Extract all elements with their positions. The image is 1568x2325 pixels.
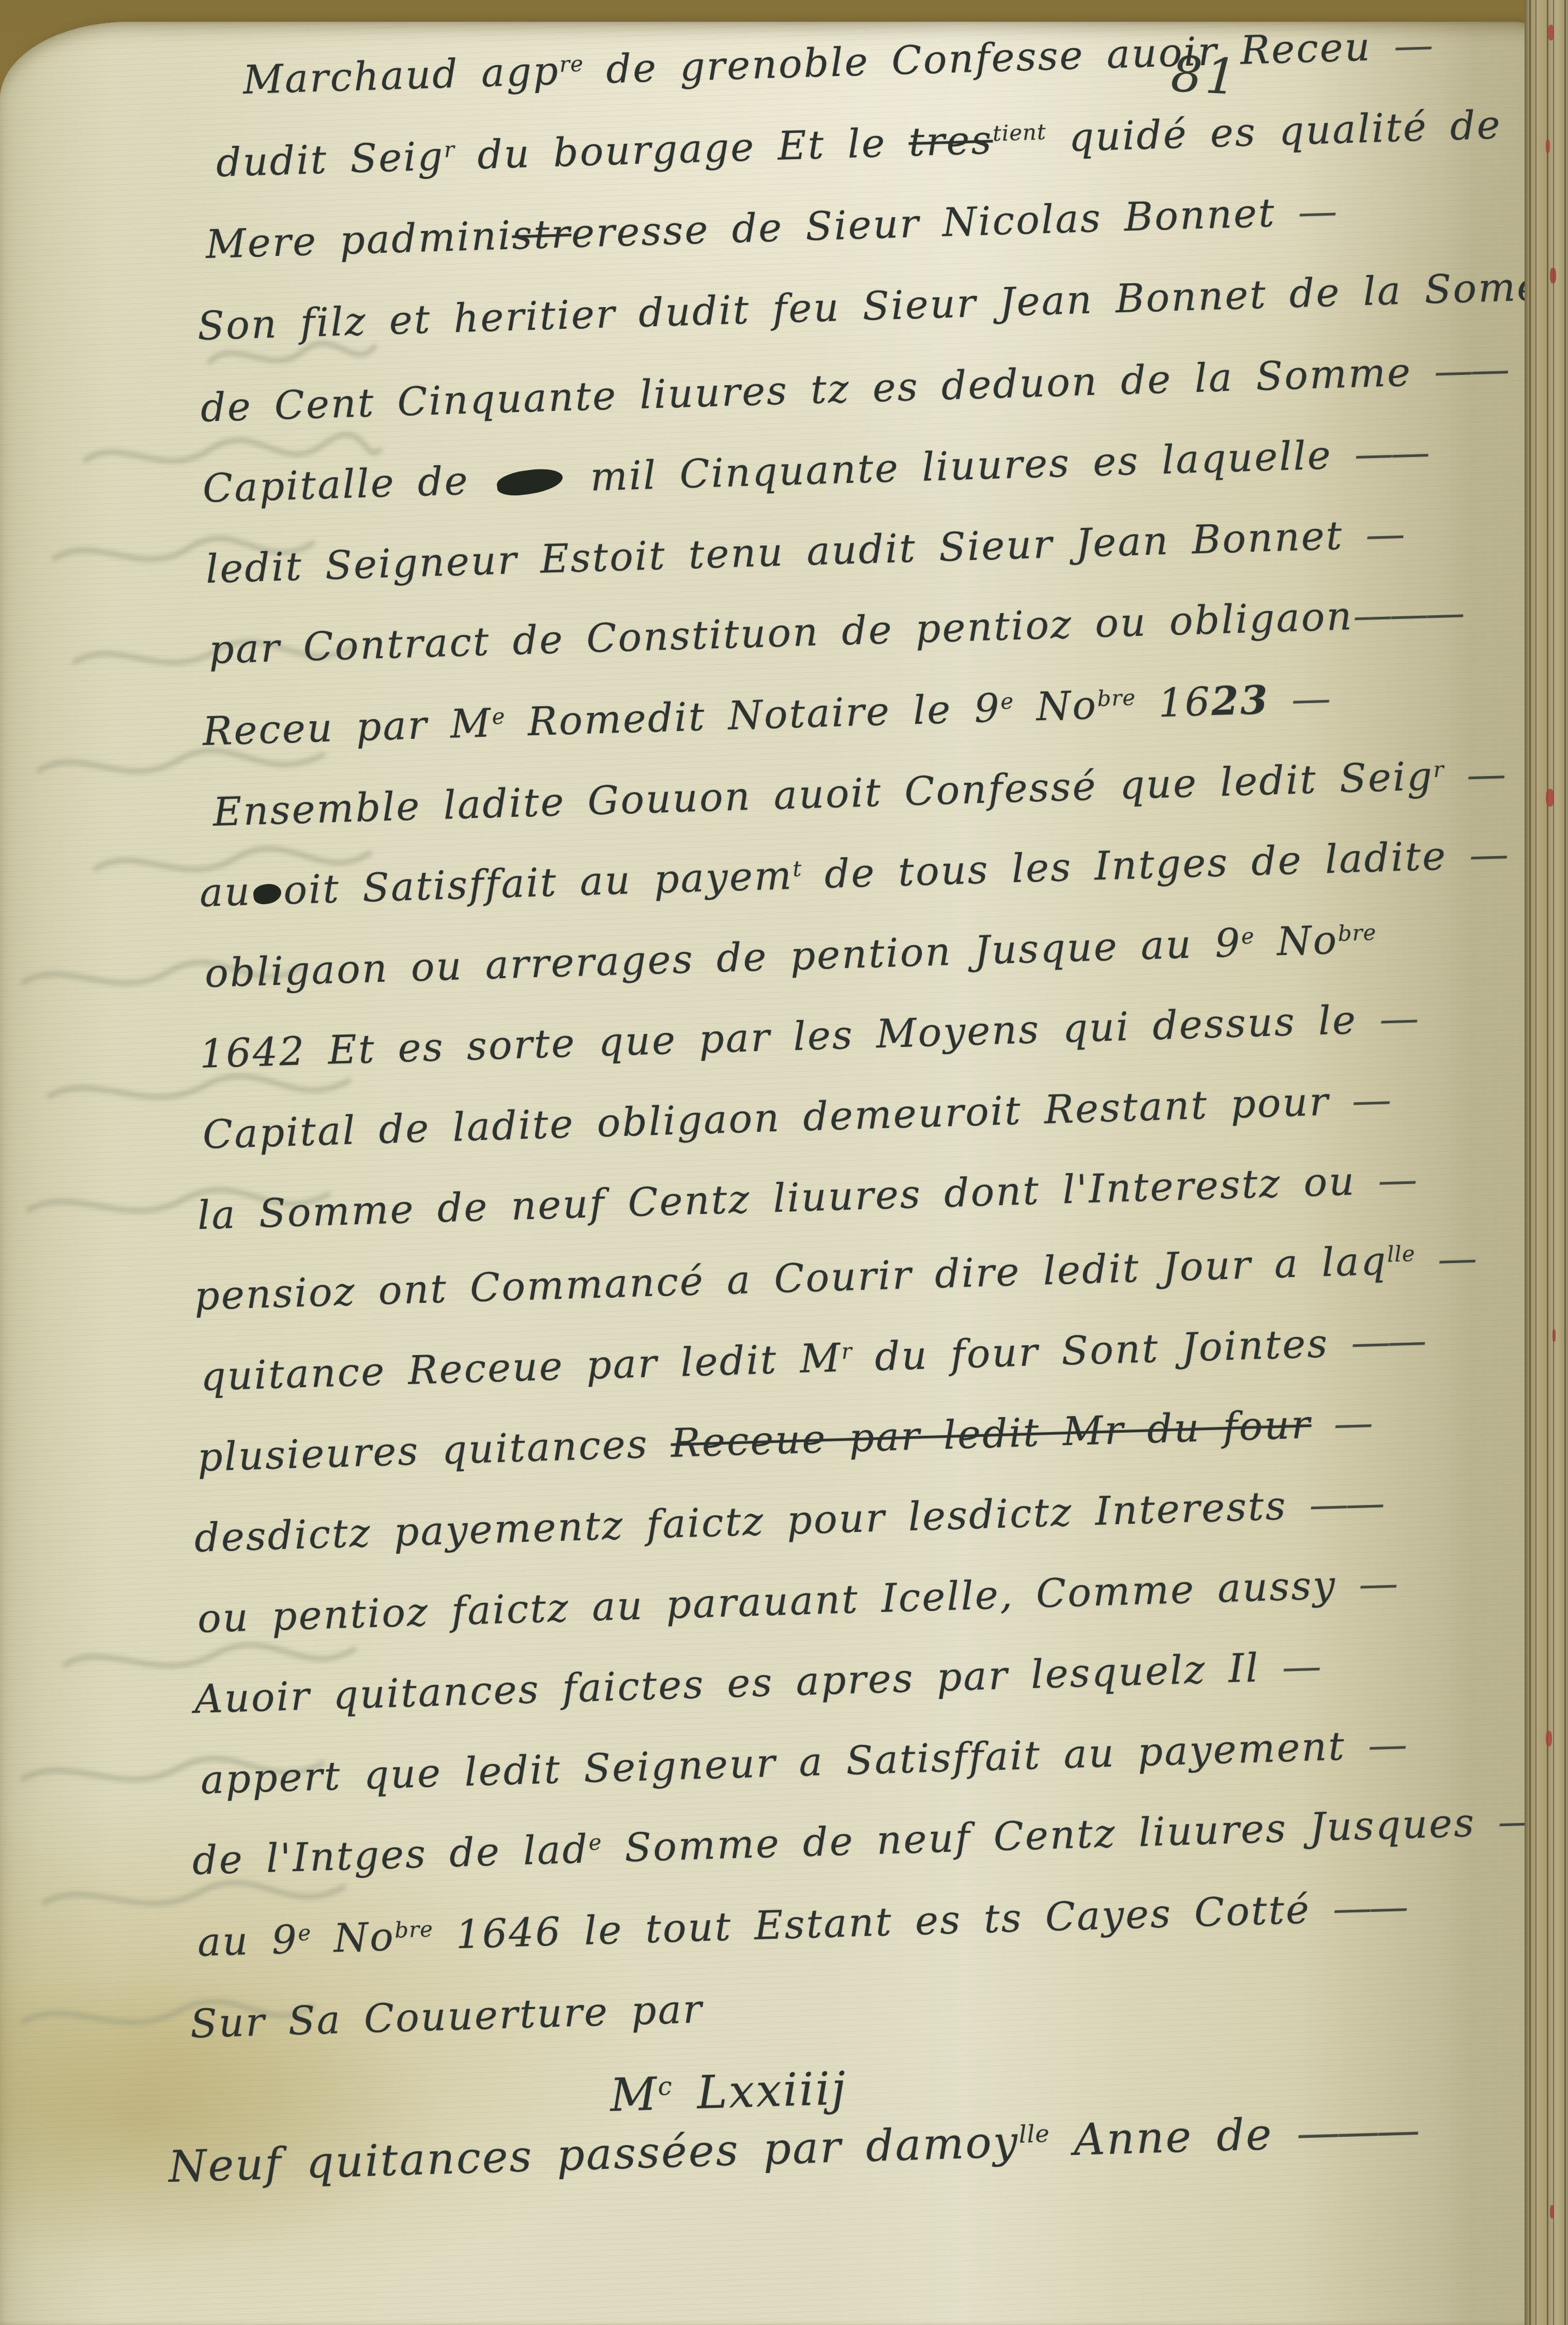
- manuscript-heading-roman: Mc Lxxiiij: [610, 2063, 848, 2121]
- manuscript-photo: 81 Marchaud agpre de grenoble Confesse a…: [0, 0, 1568, 2325]
- edge-marbling-flecks: [1548, 25, 1554, 40]
- book-binding-edge: [1525, 0, 1568, 2325]
